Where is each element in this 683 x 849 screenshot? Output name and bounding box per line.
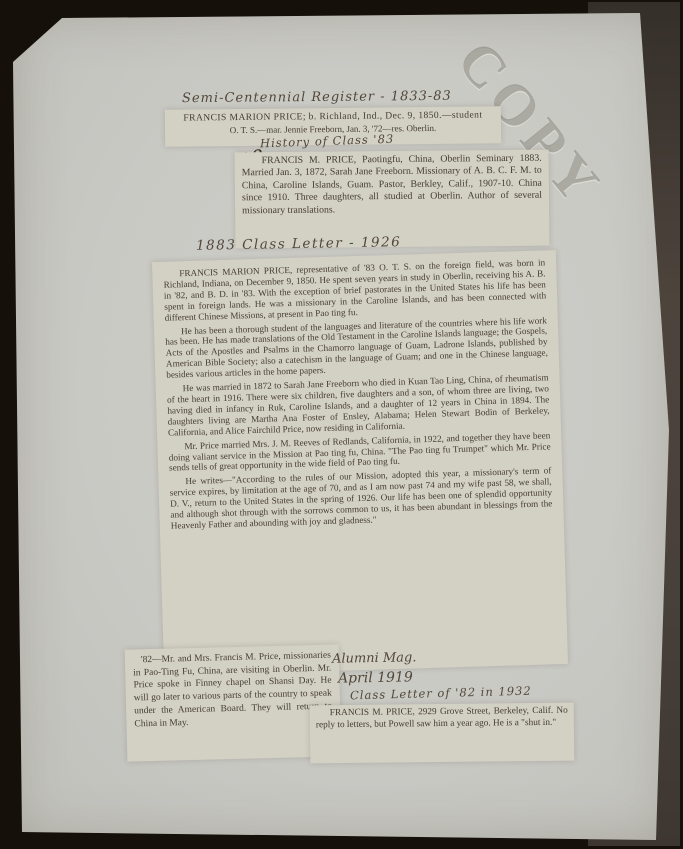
class-letter-paragraph: He was married in 1872 to Sarah Jane Fre… [167, 372, 550, 438]
handwritten-register-title: Semi-Centennial Register - 1833-83 [182, 89, 452, 106]
handwritten-class-letter-1926-label: 1883 Class Letter - 1926 [196, 234, 401, 254]
class-letter-paragraph: He has been a thorough student of the la… [165, 315, 548, 381]
class-letter-1926-clipping: FRANCIS MARION PRICE, representative of … [152, 250, 568, 676]
oberlin-visit-text: '82—Mr. and Mrs. Francis M. Price, missi… [133, 650, 333, 731]
handwritten-alumni-mag-source: Alumni Mag. [332, 650, 417, 666]
class-letter-paragraph: FRANCIS MARION PRICE, representative of … [163, 257, 546, 323]
class-letter-1932-text: FRANCIS M. PRICE, 2929 Grove Street, Ber… [316, 706, 568, 732]
handwritten-alumni-mag-date: April 1919 [338, 669, 413, 686]
scrapbook-paper: COPY Semi-Centennial Register - 1833-83 … [10, 10, 672, 842]
class-letter-1932-clipping: FRANCIS M. PRICE, 2929 Grove Street, Ber… [310, 703, 575, 764]
handwritten-class-letter-1932-label: Class Letter of '82 in 1932 [350, 684, 532, 703]
class-letter-paragraph: He writes—"According to the rules of our… [169, 466, 552, 532]
photographed-scrapbook-page: COPY Semi-Centennial Register - 1833-83 … [0, 0, 683, 849]
seminary-record-text: FRANCIS M. PRICE, Paotingfu, China, Ober… [242, 153, 543, 218]
oberlin-visit-clipping: '82—Mr. and Mrs. Francis M. Price, missi… [125, 644, 342, 761]
